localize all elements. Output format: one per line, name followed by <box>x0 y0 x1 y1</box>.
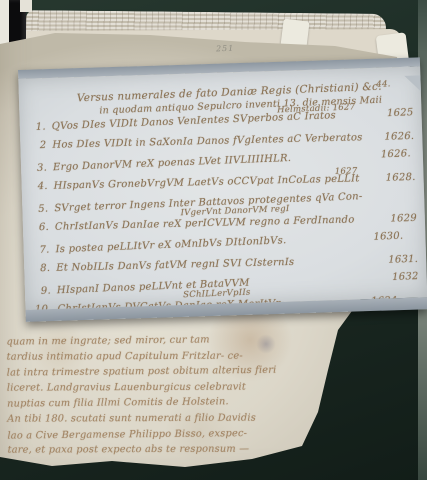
verse-number: 7. <box>31 244 49 256</box>
verse-number: 5. <box>30 203 48 215</box>
page-text-line: An tibi 180. scutati sunt numerati a fil… <box>7 410 307 427</box>
verse-year: 1629 <box>375 212 417 224</box>
verse-number: 6. <box>31 221 49 232</box>
verse-year: 1626. <box>369 148 411 161</box>
verse-list: 1. QVos DIes VIDIt Danos VenIentes SVper… <box>28 109 420 326</box>
verse-year: 1630. <box>361 231 403 244</box>
page-text-line: tardius intimatio apud Capitulum Fritzla… <box>7 348 307 365</box>
verse-number: 4. <box>30 180 48 191</box>
verse-number: 9. <box>33 285 51 297</box>
page-text-line: liceret. Landgravius Lauenburgicus celeb… <box>7 379 307 396</box>
verse-number: 2 <box>28 139 46 150</box>
manuscript-photo: 251 quam in me ingrate; sed miror, cur t… <box>0 0 427 480</box>
inset-photo-slip: 44. Versus numerales de fato Daniæ Regis… <box>18 57 427 322</box>
page-text-line: lat intra trimestre spatium post obitum … <box>7 363 307 382</box>
verse-year: 1628. <box>373 171 415 183</box>
verse-note: 1627 <box>335 166 358 177</box>
clasp-notch <box>20 0 32 12</box>
page-text-block: quam in me ingrate; sed miror, cur tamta… <box>6 331 307 459</box>
page-text-line: tare, et paxa post expecto abs te respon… <box>8 441 308 458</box>
verse-year: 1632 <box>376 271 418 284</box>
verse-year: 1626. <box>372 130 414 142</box>
folio-number: 251 <box>216 44 235 54</box>
verse-year: 1631. <box>376 253 418 265</box>
verse-year: 1625 <box>371 107 413 120</box>
page-text-line: quam in me ingrate; sed miror, cur tam <box>6 331 306 350</box>
slip-paper: 44. Versus numerales de fato Daniæ Regis… <box>18 66 427 310</box>
verse-number: 8. <box>32 262 50 273</box>
verse-number: 1. <box>28 122 46 134</box>
verse-number: 3. <box>29 163 47 175</box>
